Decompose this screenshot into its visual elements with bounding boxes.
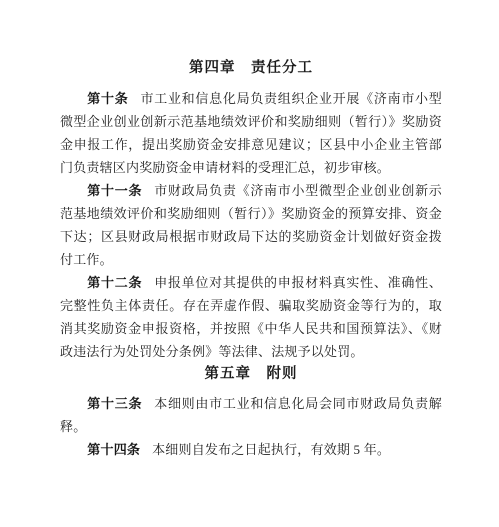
chapter-supplementary: 第五章 附则 第十三条本细则由市工业和信息化局会同市财政局负责解释。 第十四条本… <box>60 363 442 461</box>
article-13-label: 第十三条 <box>87 396 142 411</box>
article-12: 第十二条申报单位对其提供的申报材料真实性、准确性、完整性负主体责任。存在弄虚作假… <box>60 271 442 363</box>
article-10-label: 第十条 <box>87 91 128 106</box>
article-11-label: 第十一条 <box>87 183 142 198</box>
document-page: 第四章 责任分工 第十条市工业和信息化局负责组织企业开展《济南市小型微型企业创业… <box>0 0 499 527</box>
article-12-label: 第十二条 <box>87 275 142 290</box>
article-10: 第十条市工业和信息化局负责组织企业开展《济南市小型微型企业创业创新示范基地绩效评… <box>60 87 442 179</box>
article-11: 第十一条市财政局负责《济南市小型微型企业创业创新示范基地绩效评价和奖励细则（暂行… <box>60 179 442 271</box>
chapter-responsibility: 第四章 责任分工 第十条市工业和信息化局负责组织企业开展《济南市小型微型企业创业… <box>60 57 442 363</box>
article-14-label: 第十四条 <box>87 442 140 457</box>
article-14: 第十四条本细则自发布之日起执行，有效期 5 年。 <box>60 438 442 461</box>
chapter-heading-4: 第四章 责任分工 <box>60 57 442 80</box>
chapter-heading-5: 第五章 附则 <box>60 363 442 386</box>
article-13: 第十三条本细则由市工业和信息化局会同市财政局负责解释。 <box>60 392 442 438</box>
article-14-text: 本细则自发布之日起执行，有效期 5 年。 <box>152 442 390 457</box>
